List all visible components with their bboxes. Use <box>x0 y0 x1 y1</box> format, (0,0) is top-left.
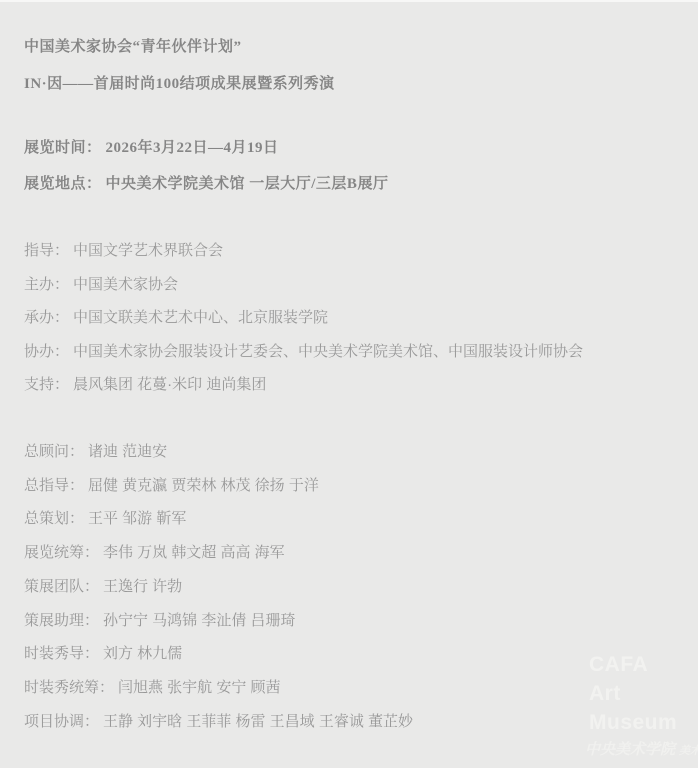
organizer-value: 晨风集团 花蔓·米印 迪尚集团 <box>73 376 266 393</box>
credit-value: 王平 邹游 靳军 <box>88 510 186 527</box>
exhibition-title: IN·因——首届时尚100结项成果展暨系列秀演 <box>24 66 698 103</box>
exhibition-info-document: 中国美术家协会“青年伙伴计划” IN·因——首届时尚100结项成果展暨系列秀演 … <box>24 29 698 738</box>
title-block: 中国美术家协会“青年伙伴计划” IN·因——首届时尚100结项成果展暨系列秀演 <box>24 29 698 103</box>
organizer-label: 指导： <box>24 242 69 259</box>
cafa-calligraphy-watermark: 中央美术学院美术馆 <box>585 738 698 759</box>
organizer-value: 中国美术家协会服装设计艺委会、中央美术学院美术馆、中国服装设计师协会 <box>73 343 583 360</box>
organizer-value: 中国文联美术艺术中心、北京服装学院 <box>73 309 328 326</box>
credit-value: 李伟 万岚 韩文超 高高 海军 <box>103 544 285 561</box>
organizer-row: 指导：中国文学艺术界联合会 <box>24 234 698 268</box>
organizer-value: 中国文学艺术界联合会 <box>73 242 223 259</box>
credit-value: 闫旭燕 张宇航 安宁 顾茜 <box>118 679 281 696</box>
credit-row: 展览统筹：李伟 万岚 韩文超 高高 海军 <box>24 536 698 570</box>
credit-value: 刘方 林九儒 <box>103 645 182 662</box>
schedule-block: 展览时间：2026年3月22日—4月19日 展览地点：中央美术学院美术馆 一层大… <box>24 130 698 202</box>
program-title: 中国美术家协会“青年伙伴计划” <box>24 29 698 66</box>
credit-value: 王静 刘宇晗 王菲菲 杨雷 王昌域 王睿诚 董芷妙 <box>103 713 413 730</box>
credit-value: 孙宁宁 马鸿锦 李沚倩 吕珊琦 <box>103 612 296 629</box>
organizer-row: 主办：中国美术家协会 <box>24 268 698 302</box>
exhibition-venue-value: 中央美术学院美术馆 一层大厅/三层B展厅 <box>106 176 389 192</box>
top-edge-highlight <box>0 0 698 2</box>
organizers-block: 指导：中国文学艺术界联合会 主办：中国美术家协会 承办：中国文联美术艺术中心、北… <box>24 234 698 402</box>
organizer-row: 协办：中国美术家协会服装设计艺委会、中央美术学院美术馆、中国服装设计师协会 <box>24 335 698 369</box>
exhibition-time-label: 展览时间： <box>24 140 102 156</box>
credit-value: 屈健 黄克瀛 贾荣林 林茂 徐扬 于洋 <box>88 477 319 494</box>
credit-label: 总策划： <box>24 510 84 527</box>
credit-label: 项目协调： <box>24 713 99 730</box>
credit-label: 时装秀导： <box>24 645 99 662</box>
watermark-line-cafa: CAFA <box>589 650 677 679</box>
credit-row: 总顾问：诸迪 范迪安 <box>24 435 698 469</box>
credit-label: 展览统筹： <box>24 544 99 561</box>
credit-row: 总指导：屈健 黄克瀛 贾荣林 林茂 徐扬 于洋 <box>24 469 698 503</box>
organizer-label: 支持： <box>24 376 69 393</box>
watermark-line-art: Art <box>589 679 677 708</box>
credit-value: 王逸行 许勃 <box>103 578 182 595</box>
organizer-label: 协办： <box>24 343 69 360</box>
watermark-line-museum: Museum <box>589 708 677 737</box>
organizer-label: 主办： <box>24 276 69 293</box>
credit-label: 总指导： <box>24 477 84 494</box>
organizer-label: 承办： <box>24 309 69 326</box>
exhibition-time-value: 2026年3月22日—4月19日 <box>106 140 279 156</box>
credit-row: 策展助理：孙宁宁 马鸿锦 李沚倩 吕珊琦 <box>24 604 698 638</box>
credit-row: 总策划：王平 邹游 靳军 <box>24 502 698 536</box>
organizer-value: 中国美术家协会 <box>73 276 178 293</box>
organizer-row: 承办：中国文联美术艺术中心、北京服装学院 <box>24 301 698 335</box>
credit-label: 时装秀统筹： <box>24 679 114 696</box>
exhibition-venue-row: 展览地点：中央美术学院美术馆 一层大厅/三层B展厅 <box>24 166 698 202</box>
calligraphy-main: 中央美术学院 <box>585 742 675 758</box>
organizer-row: 支持：晨风集团 花蔓·米印 迪尚集团 <box>24 368 698 402</box>
credit-label: 策展助理： <box>24 612 99 629</box>
credit-row: 策展团队：王逸行 许勃 <box>24 570 698 604</box>
credit-label: 总顾问： <box>24 443 84 460</box>
calligraphy-small: 美术馆 <box>679 745 698 757</box>
exhibition-venue-label: 展览地点： <box>24 176 102 192</box>
credit-value: 诸迪 范迪安 <box>88 443 167 460</box>
exhibition-time-row: 展览时间：2026年3月22日—4月19日 <box>24 130 698 166</box>
cafa-art-museum-watermark: CAFA Art Museum <box>589 650 677 737</box>
credit-label: 策展团队： <box>24 578 99 595</box>
